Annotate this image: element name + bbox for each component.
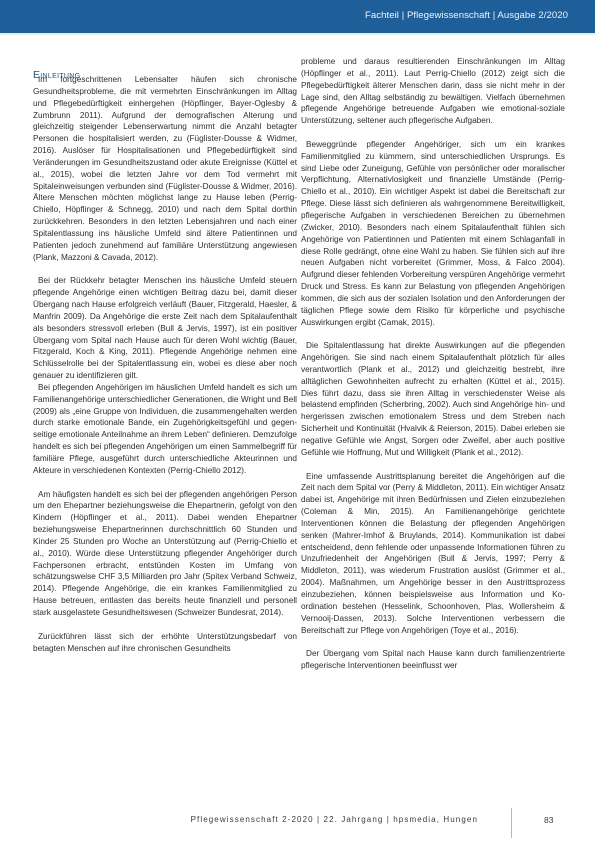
paragraph: Am häufigsten handelt es sich bei der pf… (33, 489, 297, 619)
footer-divider (511, 808, 512, 838)
paragraph: probleme und daraus resultierenden Einsc… (301, 56, 565, 127)
page-number: 83 (544, 815, 553, 825)
paragraph: Eine umfassende Austrittsplanung bereite… (301, 471, 565, 637)
paragraph: Beweggründe pflegender Angehöriger, sich… (301, 139, 565, 329)
paragraph: Zurückführen lässt sich der erhöhte Unte… (33, 631, 297, 655)
left-column: Im fortgeschrittenen Lebensalter häufen … (33, 74, 297, 654)
paragraph: Der Übergang vom Spital nach Hause kann … (301, 648, 565, 672)
paragraph: Im fortgeschrittenen Lebensalter häufen … (33, 74, 297, 264)
header-divider (0, 33, 595, 35)
header-bar: Fachteil | Pflegewissenschaft | Ausgabe … (0, 0, 595, 33)
publication-info: Pflegewissenschaft 2-2020 | 22. Jahrgang… (191, 815, 478, 824)
running-header: Fachteil | Pflegewissenschaft | Ausgabe … (365, 10, 568, 21)
right-column: probleme und daraus resultierenden Einsc… (301, 56, 565, 672)
paragraph: Bei pflegenden Angehörigen im häuslichen… (33, 382, 297, 477)
page-footer: Pflegewissenschaft 2-2020 | 22. Jahrgang… (0, 806, 595, 842)
paragraph: Die Spitalentlassung hat direkte Auswirk… (301, 340, 565, 458)
paragraph: Bei der Rückkehr betagter Menschen ins h… (33, 275, 297, 382)
